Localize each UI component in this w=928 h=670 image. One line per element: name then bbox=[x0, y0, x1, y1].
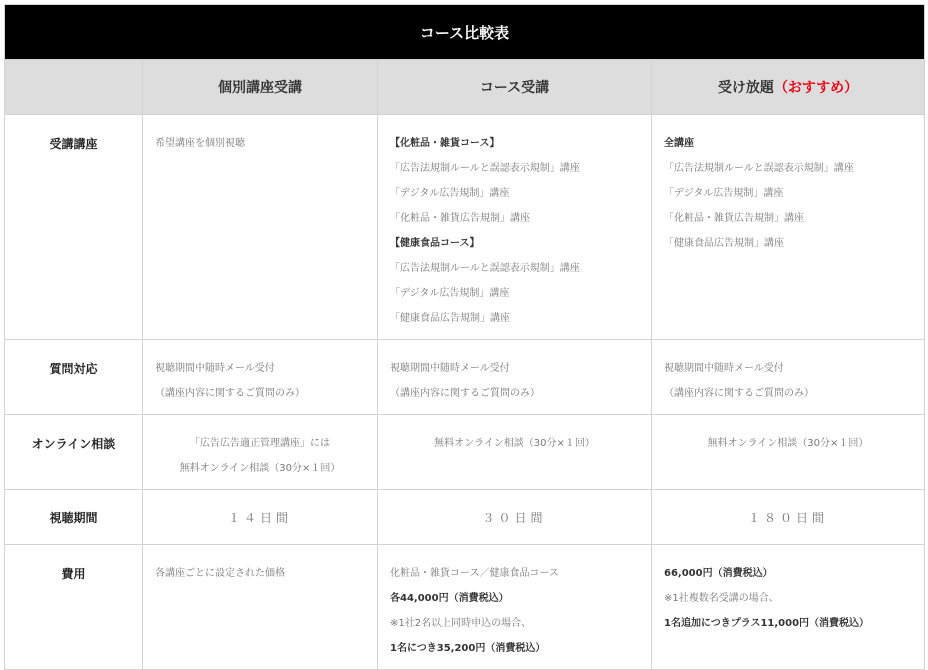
cell-text: 視聴期間中随時メール受付 bbox=[155, 356, 365, 381]
cell-text: （講座内容に関するご質問のみ） bbox=[390, 381, 639, 406]
table-row-online: オンライン相談 「広告広告適正管理講座」には 無料オンライン相談（30分×１回）… bbox=[5, 415, 925, 490]
cell-questions-course: 視聴期間中随時メール受付 （講座内容に関するご質問のみ） bbox=[378, 340, 652, 415]
fee-price: 各44,000円（消費税込） bbox=[390, 586, 639, 611]
table-row-period: 視聴期間 １４日間 ３０日間 １８０日間 bbox=[5, 490, 925, 545]
corner-header bbox=[5, 60, 143, 115]
fee-text: 各講座ごとに設定された価格 bbox=[155, 561, 365, 586]
table-row-fee: 費用 各講座ごとに設定された価格 化粧品・雑貨コース／健康食品コース 各44,0… bbox=[5, 545, 925, 661]
unlimited-label: 受け放題 bbox=[718, 80, 774, 96]
fee-text: 化粧品・雑貨コース／健康食品コース bbox=[390, 561, 639, 586]
recommend-badge: （おすすめ） bbox=[774, 80, 858, 96]
column-header-individual: 個別講座受講 bbox=[143, 60, 378, 115]
column-header-course: コース受講 bbox=[378, 60, 652, 115]
cell-period-unlimited: １８０日間 bbox=[652, 490, 925, 545]
cell-questions-unlimited: 視聴期間中随時メール受付 （講座内容に関するご質問のみ） bbox=[652, 340, 925, 415]
course-item: 「健康食品広告規制」講座 bbox=[664, 231, 912, 256]
row-label-fee: 費用 bbox=[5, 545, 143, 661]
course-item: 「広告法規制ルールと誤認表示規制」講座 bbox=[390, 256, 639, 281]
cell-online-unlimited: 無料オンライン相談（30分×１回） bbox=[652, 415, 925, 490]
column-header-unlimited: 受け放題（おすすめ） bbox=[652, 60, 925, 115]
course-group-heading: 【健康食品コース】 bbox=[390, 231, 639, 256]
cell-courses-course: 【化粧品・雑貨コース】 「広告法規制ルールと誤認表示規制」講座 「デジタル広告規… bbox=[378, 115, 652, 340]
cell-text: 無料オンライン相談（30分×１回） bbox=[664, 431, 912, 456]
table-row-questions: 質問対応 視聴期間中随時メール受付 （講座内容に関するご質問のみ） 視聴期間中随… bbox=[5, 340, 925, 415]
course-item: 「化粧品・雑貨広告規制」講座 bbox=[664, 206, 912, 231]
course-item: 「デジタル広告規制」講座 bbox=[664, 181, 912, 206]
course-item: 「健康食品広告規制」講座 bbox=[390, 306, 639, 331]
row-label-courses: 受講講座 bbox=[5, 115, 143, 340]
fee-price: 1名追加につきプラス11,000円（消費税込） bbox=[664, 611, 912, 636]
course-group-heading: 【化粧品・雑貨コース】 bbox=[390, 131, 639, 156]
fee-note: ※1社複数名受講の場合、 bbox=[664, 586, 912, 611]
cell-questions-individual: 視聴期間中随時メール受付 （講座内容に関するご質問のみ） bbox=[143, 340, 378, 415]
cell-text: 無料オンライン相談（30分×１回） bbox=[155, 456, 365, 481]
cell-text: 無料オンライン相談（30分×１回） bbox=[390, 431, 639, 456]
cell-text: 「広告広告適正管理講座」には bbox=[155, 431, 365, 456]
cell-online-course: 無料オンライン相談（30分×１回） bbox=[378, 415, 652, 490]
cell-courses-unlimited: 全講座 「広告法規制ルールと誤認表示規制」講座 「デジタル広告規制」講座 「化粧… bbox=[652, 115, 925, 340]
row-label-questions: 質問対応 bbox=[5, 340, 143, 415]
cell-fee-course: 化粧品・雑貨コース／健康食品コース 各44,000円（消費税込） ※1社2名以上… bbox=[378, 545, 652, 661]
cell-online-individual: 「広告広告適正管理講座」には 無料オンライン相談（30分×１回） bbox=[143, 415, 378, 490]
fee-price: 1名につき35,200円（消費税込） bbox=[390, 636, 639, 660]
fee-note: ※1社2名以上同時申込の場合、 bbox=[390, 611, 639, 636]
cell-courses-individual: 希望講座を個別視聴 bbox=[143, 115, 378, 340]
cell-text: 視聴期間中随時メール受付 bbox=[664, 356, 912, 381]
cell-period-course: ３０日間 bbox=[378, 490, 652, 545]
course-item: 「広告法規制ルールと誤認表示規制」講座 bbox=[664, 156, 912, 181]
row-label-period: 視聴期間 bbox=[5, 490, 143, 545]
fee-price: 66,000円（消費税込） bbox=[664, 561, 912, 586]
course-comparison-table: コース比較表 個別講座受講 コース受講 受け放題（おすすめ） 受講講座 希望講座… bbox=[4, 4, 925, 660]
cell-text: 希望講座を個別視聴 bbox=[155, 131, 365, 156]
cell-fee-unlimited: 66,000円（消費税込） ※1社複数名受講の場合、 1名追加につきプラス11,… bbox=[652, 545, 925, 661]
cell-text: （講座内容に関するご質問のみ） bbox=[155, 381, 365, 406]
cell-fee-individual: 各講座ごとに設定された価格 bbox=[143, 545, 378, 661]
course-item: 「デジタル広告規制」講座 bbox=[390, 281, 639, 306]
cell-period-individual: １４日間 bbox=[143, 490, 378, 545]
course-item: 「化粧品・雑貨広告規制」講座 bbox=[390, 206, 639, 231]
course-group-heading: 全講座 bbox=[664, 131, 912, 156]
cell-text: （講座内容に関するご質問のみ） bbox=[664, 381, 912, 406]
cell-text: 視聴期間中随時メール受付 bbox=[390, 356, 639, 381]
table-row-courses: 受講講座 希望講座を個別視聴 【化粧品・雑貨コース】 「広告法規制ルールと誤認表… bbox=[5, 115, 925, 340]
course-item: 「デジタル広告規制」講座 bbox=[390, 181, 639, 206]
row-label-online: オンライン相談 bbox=[5, 415, 143, 490]
course-item: 「広告法規制ルールと誤認表示規制」講座 bbox=[390, 156, 639, 181]
table-title: コース比較表 bbox=[5, 5, 925, 60]
